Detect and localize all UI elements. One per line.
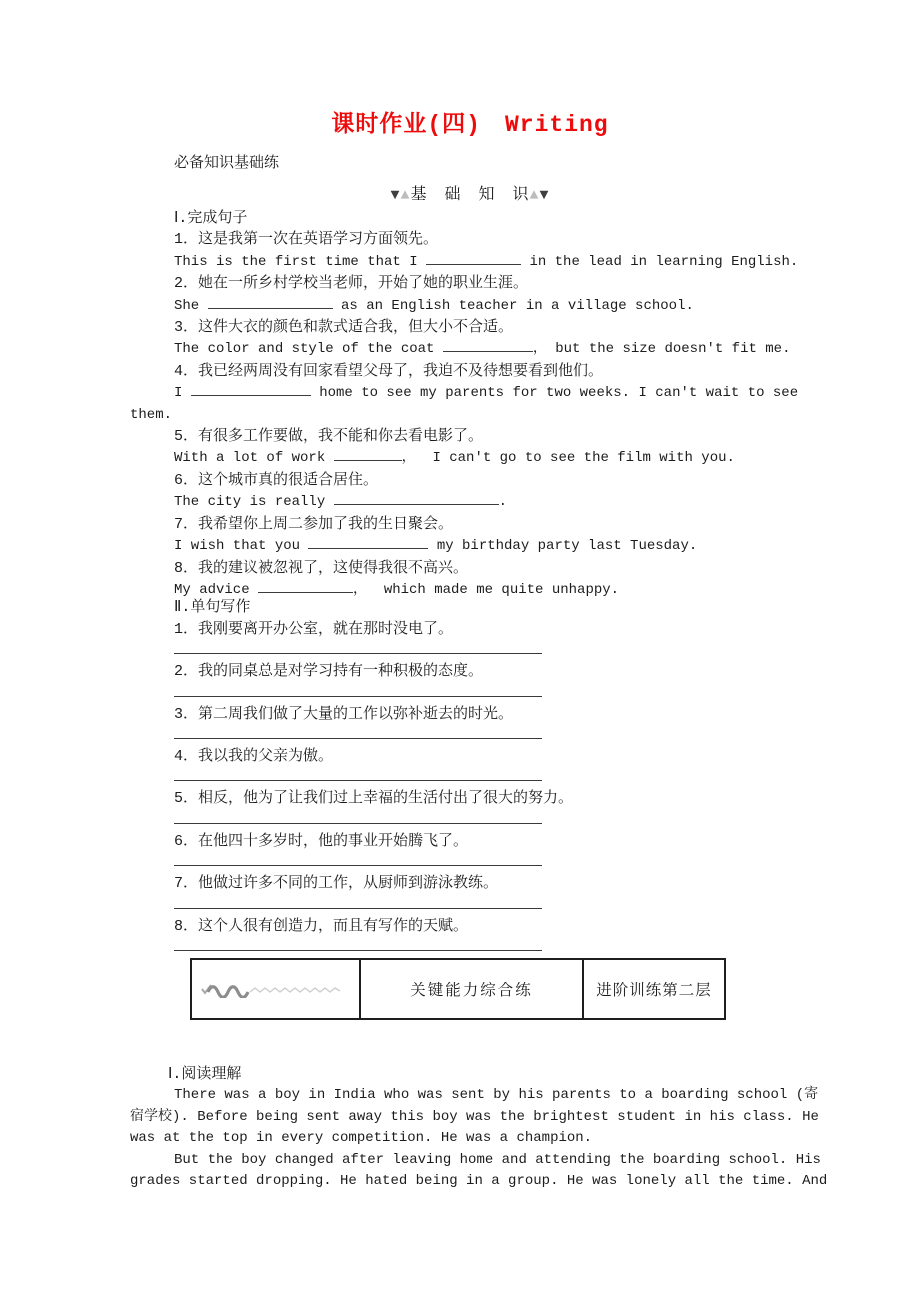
sentence-text: I (174, 385, 191, 401)
exercise-item-cn: 5．相反，他为了让我们过上幸福的生活付出了很大的努力。 (130, 788, 810, 809)
sentence-text: ， I can't go to see the film with you. (402, 450, 735, 466)
sentence-text: as an English teacher in a village schoo… (333, 298, 694, 314)
scribble-icon (198, 980, 348, 998)
sentence-text: my birthday party last Tuesday. (428, 538, 697, 554)
reading-passage: There was a boy in India who was sent by… (130, 1085, 810, 1192)
fill-in-blank (191, 382, 311, 396)
answer-line (174, 683, 542, 697)
sentence-text: home to see my parents for two weeks. I … (311, 385, 798, 401)
sentence-text: . (499, 494, 507, 510)
exercise-item-cn: 5．有很多工作要做，我不能和你去看电影了。 (130, 426, 810, 447)
exercise-item-cn: 4．我已经两周没有回家看望父母了，我迫不及待想要看到他们。 (130, 361, 810, 382)
exercise-item-cn: 2．我的同桌总是对学习持有一种积极的态度。 (130, 661, 810, 682)
answer-line (174, 937, 542, 951)
exercise-item-cn: 3．这件大衣的颜色和款式适合我，但大小不合适。 (130, 317, 810, 338)
exercise-item-cn: 3．第二周我们做了大量的工作以弥补逝去的时光。 (130, 704, 810, 725)
sentence-text: ， which made me quite unhappy. (353, 582, 619, 598)
sentence-writing-list: 1．我刚要离开办公室，就在那时没电了。2．我的同桌总是对学习持有一种积极的态度。… (130, 619, 810, 951)
answer-line (174, 640, 542, 654)
passage-line: grades started dropping. He hated being … (130, 1171, 810, 1192)
passage-line: But the boy changed after leaving home a… (130, 1150, 810, 1171)
answer-line (174, 810, 542, 824)
exercise-item-en: I wish that you my birthday party last T… (130, 535, 810, 557)
fill-in-blank (334, 447, 402, 461)
exercise-item-en: With a lot of work ， I can't go to see t… (130, 447, 810, 469)
triangle-up-icon: ▲ (400, 187, 410, 204)
passage-line: 宿学校). Before being sent away this boy wa… (130, 1107, 810, 1128)
worksheet-page: 课时作业(四) Writing 必备知识基础练 ▼▲基 础 知 识▲▼ Ⅰ.完成… (0, 0, 920, 1302)
section-banner: ▼▲基 础 知 识▲▼ (130, 185, 810, 206)
passage-line: was at the top in every competition. He … (130, 1128, 810, 1149)
exercise-item-en: The color and style of the coat ， but th… (130, 338, 810, 360)
exercise-item-cn: 8．我的建议被忽视了，这使得我很不高兴。 (130, 558, 810, 579)
exercise-item-cn: 6．这个城市真的很适合居住。 (130, 470, 810, 491)
fill-in-blank (208, 295, 333, 309)
exercise-item-cn: 2．她在一所乡村学校当老师，开始了她的职业生涯。 (130, 273, 810, 294)
section-label-basic-practice: 必备知识基础练 (130, 153, 810, 174)
exercise-item-cn: 6．在他四十多岁时，他的事业开始腾飞了。 (130, 831, 810, 852)
exercise-item-en: I home to see my parents for two weeks. … (130, 382, 810, 404)
band-label-advanced-training: 进阶训练第二层 (582, 960, 724, 1018)
exercise-item-en: The city is really . (130, 491, 810, 513)
ability-band-table: 关键能力综合练 进阶训练第二层 (190, 958, 726, 1020)
answer-line (174, 852, 542, 866)
band-cell-scribble (192, 960, 359, 1018)
sentence-text: This is the first time that I (174, 254, 426, 270)
fill-in-blank (334, 491, 499, 505)
fill-in-blank (426, 251, 521, 265)
sentence-text: in the lead in learning English. (521, 254, 798, 270)
sentence-text: I wish that you (174, 538, 308, 554)
answer-line (174, 767, 542, 781)
sentence-text: She (174, 298, 208, 314)
passage-line: There was a boy in India who was sent by… (130, 1085, 810, 1106)
triangle-up-icon: ▲ (530, 187, 540, 204)
fill-in-blank (308, 535, 428, 549)
answer-line (174, 725, 542, 739)
exercise-item-cn: 1．这是我第一次在英语学习方面领先。 (130, 229, 810, 250)
triangle-down-icon: ▼ (390, 187, 400, 204)
exercise-item-cn: 7．他做过许多不同的工作，从厨师到游泳教练。 (130, 873, 810, 894)
exercise-item-en: She as an English teacher in a village s… (130, 295, 810, 317)
worksheet-content: 课时作业(四) Writing 必备知识基础练 ▼▲基 础 知 识▲▼ Ⅰ.完成… (130, 0, 810, 1192)
sentence-text: The city is really (174, 494, 334, 510)
sentence-text: With a lot of work (174, 450, 334, 466)
exercise-item-cn: 7．我希望你上周二参加了我的生日聚会。 (130, 514, 810, 535)
sentence-text: ， but the size doesn't fit me. (533, 341, 791, 357)
exercise-item-cn: 1．我刚要离开办公室，就在那时没电了。 (130, 619, 810, 640)
complete-sentences-list: 1．这是我第一次在英语学习方面领先。This is the first time… (130, 229, 810, 601)
banner-title: 基 础 知 识 (410, 186, 529, 204)
band-label-key-ability: 关键能力综合练 (359, 960, 582, 1018)
answer-line (174, 895, 542, 909)
fill-in-blank (443, 338, 533, 352)
exercise-item-en: This is the first time that I in the lea… (130, 251, 810, 273)
section1-heading: Ⅰ.完成句子 (130, 208, 810, 229)
page-title: 课时作业(四) Writing (130, 110, 810, 140)
sentence-text: The color and style of the coat (174, 341, 443, 357)
exercise-item-cn: 4．我以我的父亲为傲。 (130, 746, 810, 767)
section3-heading: Ⅰ.阅读理解 (130, 1064, 810, 1085)
exercise-item-en-wrap: them. (130, 405, 810, 426)
triangle-down-icon: ▼ (540, 187, 550, 204)
sentence-text: My advice (174, 582, 258, 598)
fill-in-blank (258, 579, 353, 593)
exercise-item-cn: 8．这个人很有创造力，而且有写作的天赋。 (130, 916, 810, 937)
